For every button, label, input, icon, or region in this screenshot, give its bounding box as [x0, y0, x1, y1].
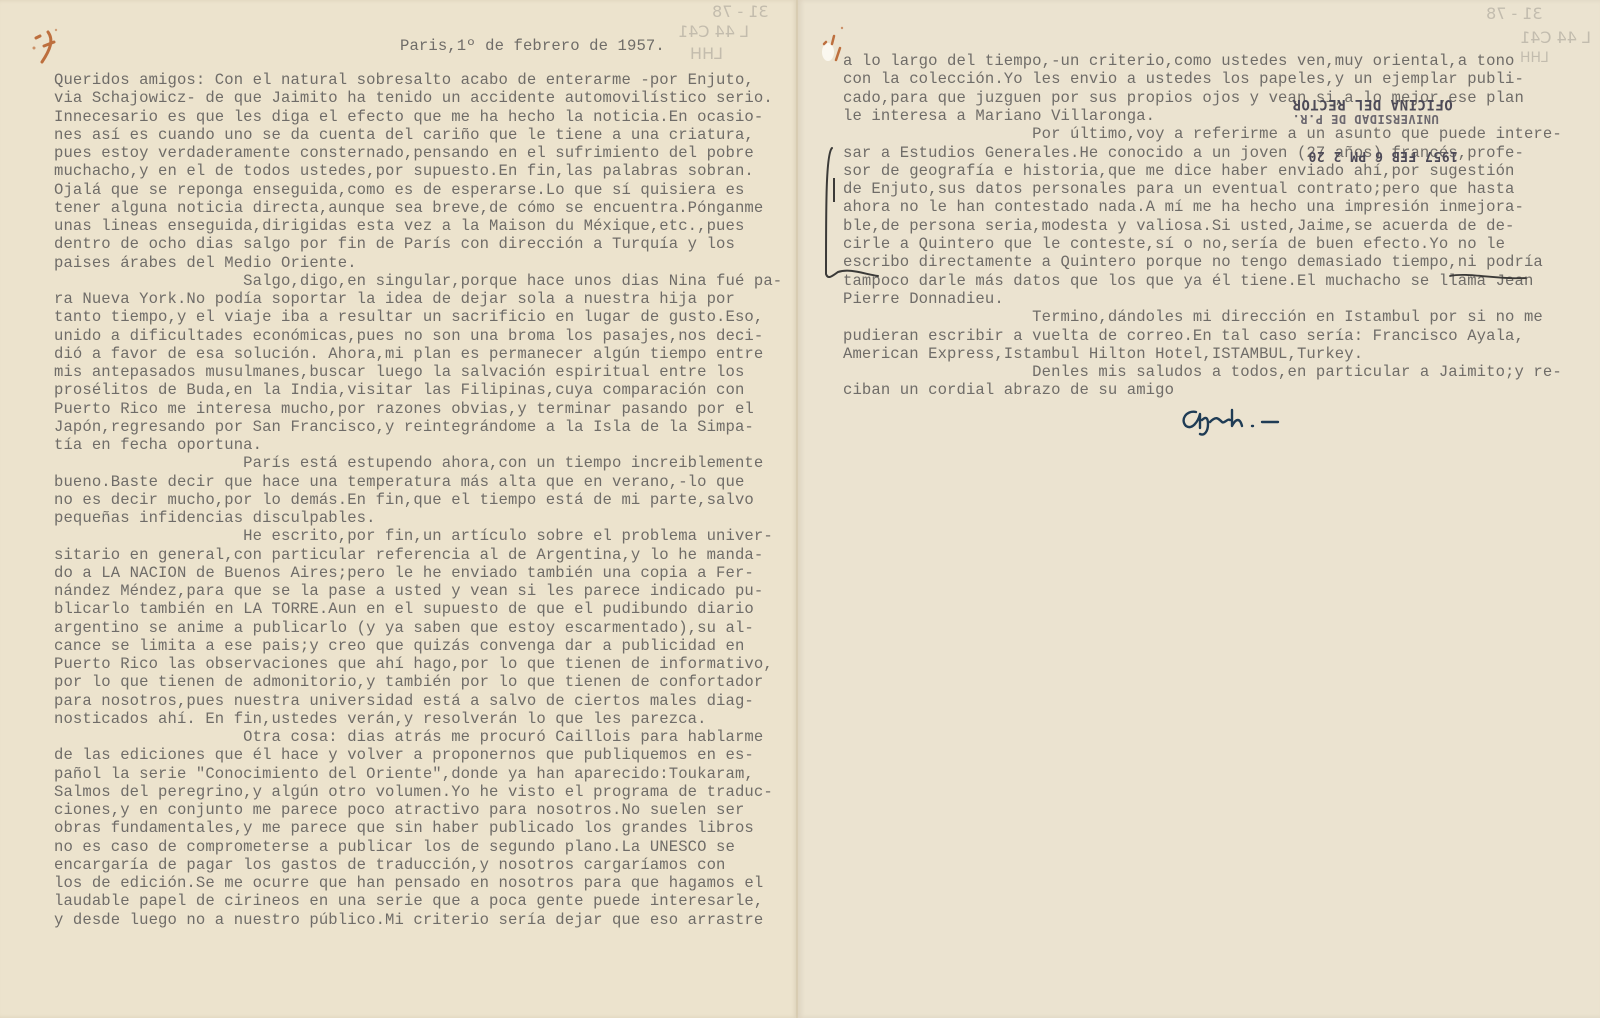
text-line: paises árabes del Medio Oriente. — [54, 254, 357, 272]
rector-office-stamp-line1: OFICINA DEL RECTOR — [1292, 96, 1453, 112]
text-line: He escrito,por fin,un artículo sobre el … — [54, 527, 773, 545]
text-line: nosticados ahí. En fin,ustedes verán,y r… — [54, 710, 707, 728]
archive-note-2: L 44 C41 — [678, 22, 749, 41]
text-line: tanto tiempo,y el viaje iba a resultar u… — [54, 308, 763, 326]
text-line: dentro de ocho dias salgo por fin de Par… — [54, 235, 735, 253]
text-line: via Schajowicz- de que Jaimito ha tenido… — [54, 89, 773, 107]
signature-ayala — [1178, 402, 1298, 438]
text-line: do a LA NACION de Buenos Aires;pero le h… — [54, 564, 754, 582]
archive-note-3: LHH — [1520, 50, 1549, 66]
text-line: para nosotros,pues nuestra universidad e… — [54, 692, 754, 710]
text-line: unas lineas enseguida,dirigidas esta vez… — [54, 217, 744, 235]
text-line: sitario en general,con particular refere… — [54, 546, 763, 564]
text-line: cance se limita a ese pais;y creo que qu… — [54, 637, 744, 655]
text-line: París está estupendo ahora,con un tiempo… — [54, 454, 763, 472]
text-line: y desde luego no a nuestro público.Mi cr… — [54, 911, 763, 929]
text-line: Puerto Rico las observaciones que ahí ha… — [54, 655, 773, 673]
text-line: encargaría de pagar los gastos de traduc… — [54, 856, 726, 874]
rust-stain-mark — [20, 18, 80, 78]
text-line: ble,de persona seria,modesta y valiosa.S… — [843, 217, 1515, 235]
text-line: pudieran escribir a vuelta de correo.En … — [843, 327, 1524, 345]
archive-note-1: 31 - 78 — [1486, 4, 1543, 23]
text-line: Salmos del peregrino,y algún otro volume… — [54, 783, 773, 801]
text-line: cirle a Quintero que le conteste,sí o no… — [843, 235, 1505, 253]
text-line: Pierre Donnadieu. — [843, 290, 1004, 308]
text-line: nes así es cuando uno se da cuenta del c… — [54, 126, 754, 144]
archive-note-2: L 44 C41 — [1520, 28, 1591, 47]
text-line: de Enjuto,sus datos personales para un e… — [843, 180, 1515, 198]
archive-note-1: 31 - 78 — [712, 2, 769, 21]
rector-office-stamp-line2: UNIVERSIDAD DE P.R. — [1292, 112, 1439, 126]
text-line: Innecesario es que les diga el efecto qu… — [54, 108, 763, 126]
text-line: ahora no le han contestado nada.A mí me … — [843, 198, 1524, 216]
text-line: muchacho,y en el de todos ustedes,por su… — [54, 162, 754, 180]
text-line: Por último,voy a referirme a un asunto q… — [843, 125, 1562, 143]
text-line: no es caso de comprometerse a publicar l… — [54, 838, 735, 856]
text-line: tía en fecha oportuna. — [54, 436, 262, 454]
letter-page-1: Paris,1º de febrero de 1957. 31 - 78 L 4… — [0, 0, 798, 1018]
letter-date: Paris,1º de febrero de 1957. — [400, 37, 665, 55]
text-line: mis antepasados musulmanes,buscar luego … — [54, 363, 744, 381]
text-line: nández Méndez,para que se la pase a uste… — [54, 582, 763, 600]
text-line: ciones,y en conjunto me parece poco atra… — [54, 801, 744, 819]
received-date-stamp: 1957 FEB 6 PM 2 20 — [1308, 148, 1458, 163]
text-line: pañol la serie "Conocimiento del Oriente… — [54, 765, 754, 783]
handwritten-underline — [1448, 268, 1528, 284]
text-line: escribo directamente a Quintero porque n… — [843, 253, 1543, 271]
text-line: ra Nueva York.No podía soportar la idea … — [54, 290, 735, 308]
text-line: ciban un cordial abrazo de su amigo — [843, 381, 1174, 399]
text-line: le interesa a Mariano Villaronga. — [843, 107, 1155, 125]
text-line: con la colección.Yo les envio a ustedes … — [843, 70, 1524, 88]
text-line: Denles mis saludos a todos,en particular… — [843, 363, 1562, 381]
text-line: dió a favor de esa solución. Ahora,mi pl… — [54, 345, 763, 363]
text-line: Ojalá que se reponga enseguida,como es d… — [54, 181, 744, 199]
margin-bracket-mark — [820, 144, 880, 284]
text-line: bueno.Baste decir que hace una temperatu… — [54, 473, 744, 491]
text-line: a lo largo del tiempo,-un criterio,como … — [843, 52, 1515, 70]
text-line: Salgo,digo,en singular,porque hace unos … — [54, 272, 782, 290]
text-line: laudable papel de cirineos en una serie … — [54, 892, 763, 910]
text-line: pues estoy verdaderamente consternado,pe… — [54, 144, 754, 162]
text-line: prosélitos de Buda,en la India,visitar l… — [54, 381, 744, 399]
text-line: Termino,dándoles mi dirección en Istambu… — [843, 308, 1543, 326]
letter-page-2: 31 - 78 L 44 C41 LHH a lo largo del tiem… — [798, 0, 1600, 1018]
text-line: de las ediciones que él hace y volver a … — [54, 746, 754, 764]
text-line: Queridos amigos: Con el natural sobresal… — [54, 71, 754, 89]
text-line: tampoco darle más datos que los que ya é… — [843, 272, 1533, 290]
text-line: los de edición.Se me ocurre que han pens… — [54, 874, 763, 892]
text-line: blicarlo también en LA TORRE.Aun en el s… — [54, 600, 754, 618]
text-line: American Express,Istambul Hilton Hotel,I… — [843, 345, 1363, 363]
text-line: unido a dificultades económicas,pues no … — [54, 327, 763, 345]
text-line: Otra cosa: dias atrás me procuró Cailloi… — [54, 728, 763, 746]
text-line: tener alguna noticia directa,aunque sea … — [54, 199, 763, 217]
text-line: Puerto Rico me interesa mucho,por razone… — [54, 400, 754, 418]
text-line: argentino se anime a publicarlo (y ya sa… — [54, 619, 754, 637]
text-line: obras fundamentales,y me parece que sin … — [54, 819, 754, 837]
text-line: sor de geografía e historia,que me dice … — [843, 162, 1515, 180]
text-line: no es decir mucho,por lo demás.En fin,qu… — [54, 491, 754, 509]
text-line: Japón,regresando por San Francisco,y rei… — [54, 418, 754, 436]
archive-note-3: LHH — [690, 44, 723, 63]
text-line: pequeñas infidencias disculpables. — [54, 509, 376, 527]
text-line: por lo que tienen de admonitorio,y tambi… — [54, 673, 763, 691]
